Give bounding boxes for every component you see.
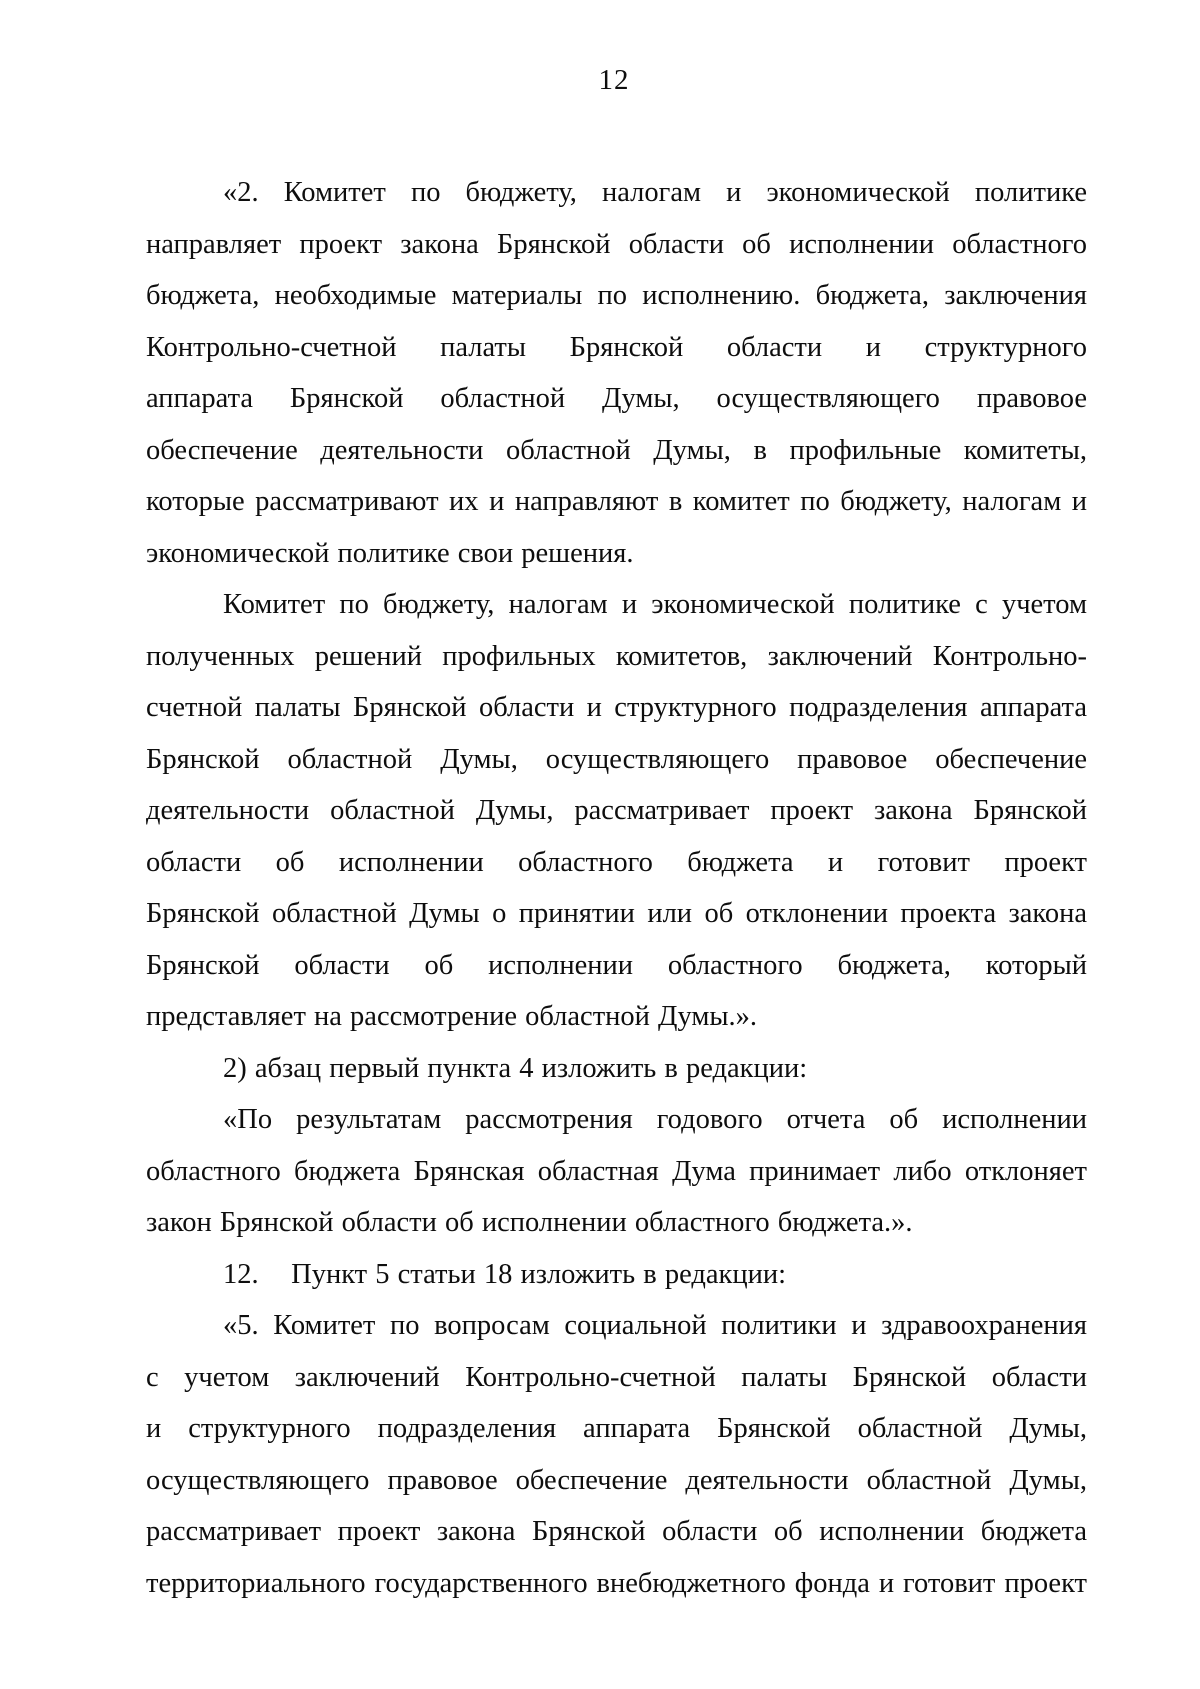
text-line: Брянской области об исполнении областног…	[146, 940, 1087, 992]
text-line: территориального государственного внебюд…	[146, 1558, 1087, 1610]
text-line: бюджета, необходимые материалы по исполн…	[146, 270, 1087, 322]
text-line: направляет проект закона Брянской област…	[146, 219, 1087, 271]
text-line: Комитет по бюджету, налогам и экономичес…	[146, 579, 1087, 631]
document-page: 12 «2. Комитет по бюджету, налогам и эко…	[0, 0, 1200, 1689]
text-line: закон Брянской области об исполнении обл…	[146, 1197, 1087, 1249]
text-line: области об исполнении областного бюджета…	[146, 837, 1087, 889]
text-line: экономической политике свои решения.	[146, 528, 1087, 580]
text-line: представляет на рассмотрение областной Д…	[146, 991, 1087, 1043]
text-line: областного бюджета Брянская областная Ду…	[146, 1146, 1087, 1198]
text-line: и структурного подразделения аппарата Бр…	[146, 1403, 1087, 1455]
text-line: рассматривает проект закона Брянской обл…	[146, 1506, 1087, 1558]
text-line: Контрольно-счетной палаты Брянской облас…	[146, 322, 1087, 374]
text-line: «2. Комитет по бюджету, налогам и эконом…	[146, 167, 1087, 219]
text-line: которые рассматривают их и направляют в …	[146, 476, 1087, 528]
text-line: осуществляющего правовое обеспечение дея…	[146, 1455, 1087, 1507]
text-line: полученных решений профильных комитетов,…	[146, 631, 1087, 683]
document-body: «2. Комитет по бюджету, налогам и эконом…	[146, 167, 1087, 1609]
page-number: 12	[14, 64, 1200, 97]
text-line: Брянской областной Думы, осуществляющего…	[146, 734, 1087, 786]
text-line: с учетом заключений Контрольно-счетной п…	[146, 1352, 1087, 1404]
text-line: 2) абзац первый пункта 4 изложить в реда…	[146, 1043, 1087, 1095]
text-line: счетной палаты Брянской области и структ…	[146, 682, 1087, 734]
text-line: 12. Пункт 5 статьи 18 изложить в редакци…	[146, 1249, 1087, 1301]
text-line: аппарата Брянской областной Думы, осущес…	[146, 373, 1087, 425]
text-line: «По результатам рассмотрения годового от…	[146, 1094, 1087, 1146]
text-line: обеспечение деятельности областной Думы,…	[146, 425, 1087, 477]
text-line: «5. Комитет по вопросам социальной полит…	[146, 1300, 1087, 1352]
text-line: Брянской областной Думы о принятии или о…	[146, 888, 1087, 940]
text-line: деятельности областной Думы, рассматрива…	[146, 785, 1087, 837]
